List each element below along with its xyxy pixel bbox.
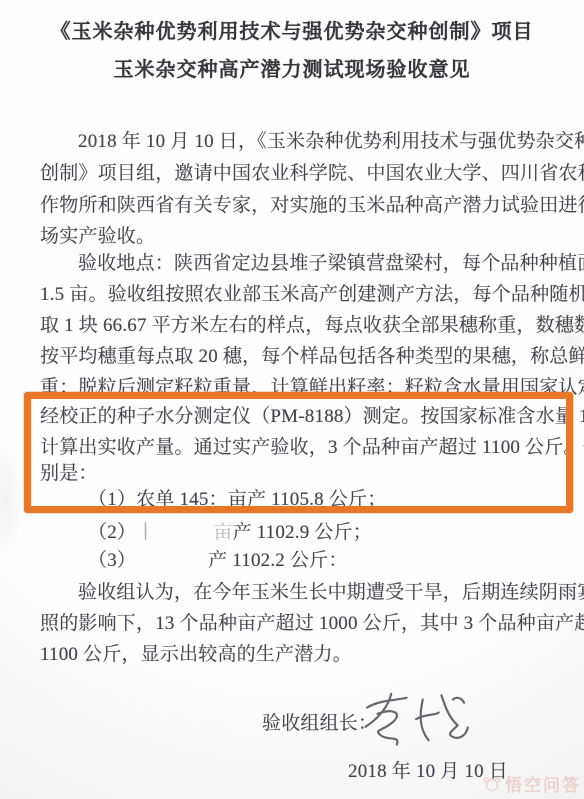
watermark-text: 悟空问答: [505, 771, 581, 796]
paragraph2-line4: 按平均穗重每点取 20 穗，每个样品包括各种类型的果穗，称总鲜穗: [40, 345, 584, 369]
paragraph3-line1: 验收组认为，在今年玉米生长中期遭受干旱，后期连续阴雨寡: [78, 581, 584, 605]
document-title-line-1: 《玉米杂种优势利用技术与强优势杂交种创制》项目: [0, 20, 584, 44]
paragraph2-line1: 验收地点：陕西省定边县堆子梁镇营盘梁村，每个品种种植面积: [78, 252, 584, 276]
paragraph2-line3: 取 1 块 66.67 平方米左右的样点，每点收获全部果穗称重，数穗数；: [40, 314, 584, 338]
paragraph3-line2: 照的影响下，13 个品种亩产超过 1000 公斤，其中 3 个品种亩产超过: [40, 612, 584, 636]
paragraph1-line4: 场实产验收。: [40, 225, 155, 249]
list-item-2-redacted-mark: 丨: [136, 522, 155, 543]
list-item-3-number: （3）: [88, 550, 136, 571]
list-item-2-ghost-char: 亩: [213, 522, 232, 543]
paragraph1-line2: 创制》项目组，邀请中国农业科学院、中国农业大学、四川省农科院: [40, 162, 584, 186]
list-item-3-yield: 产 1102.2 公斤：: [208, 550, 347, 571]
paragraph1-line3: 作物所和陕西省有关专家，对实施的玉米品种高产潜力试验田进行现: [40, 194, 584, 218]
paragraph1-line1: 2018 年 10 月 10 日，《玉米杂种优势利用技术与强优势杂交种: [78, 130, 584, 154]
paragraph2-line2: 1.5 亩。验收组按照农业部玉米高产创建测产方法，每个品种随机选: [40, 283, 584, 307]
paragraph3-line3: 1100 公斤，显示出较高的生产潜力。: [40, 643, 352, 667]
list-item-3: （3）产 1102.2 公斤：: [88, 549, 348, 573]
list-item-2-yield: 产 1102.9 公斤；: [233, 522, 372, 543]
handwritten-signature: [356, 684, 480, 752]
wukong-logo-icon: [483, 775, 501, 793]
list-item-2: （2）丨亩产 1102.9 公斤；: [88, 521, 372, 545]
scanned-document-page: 《玉米杂种优势利用技术与强优势杂交种创制》项目 玉米杂交种高产潜力测试现场验收意…: [0, 0, 584, 799]
list-item-3-redacted-gap: [136, 565, 208, 566]
watermark: 悟空问答: [483, 771, 581, 796]
list-item-2-redacted-gap: [155, 537, 213, 538]
highlight-box: [24, 392, 573, 513]
document-title-line-2: 玉米杂交种高产潜力测试现场验收意见: [0, 58, 584, 82]
list-item-2-number: （2）: [88, 522, 136, 543]
